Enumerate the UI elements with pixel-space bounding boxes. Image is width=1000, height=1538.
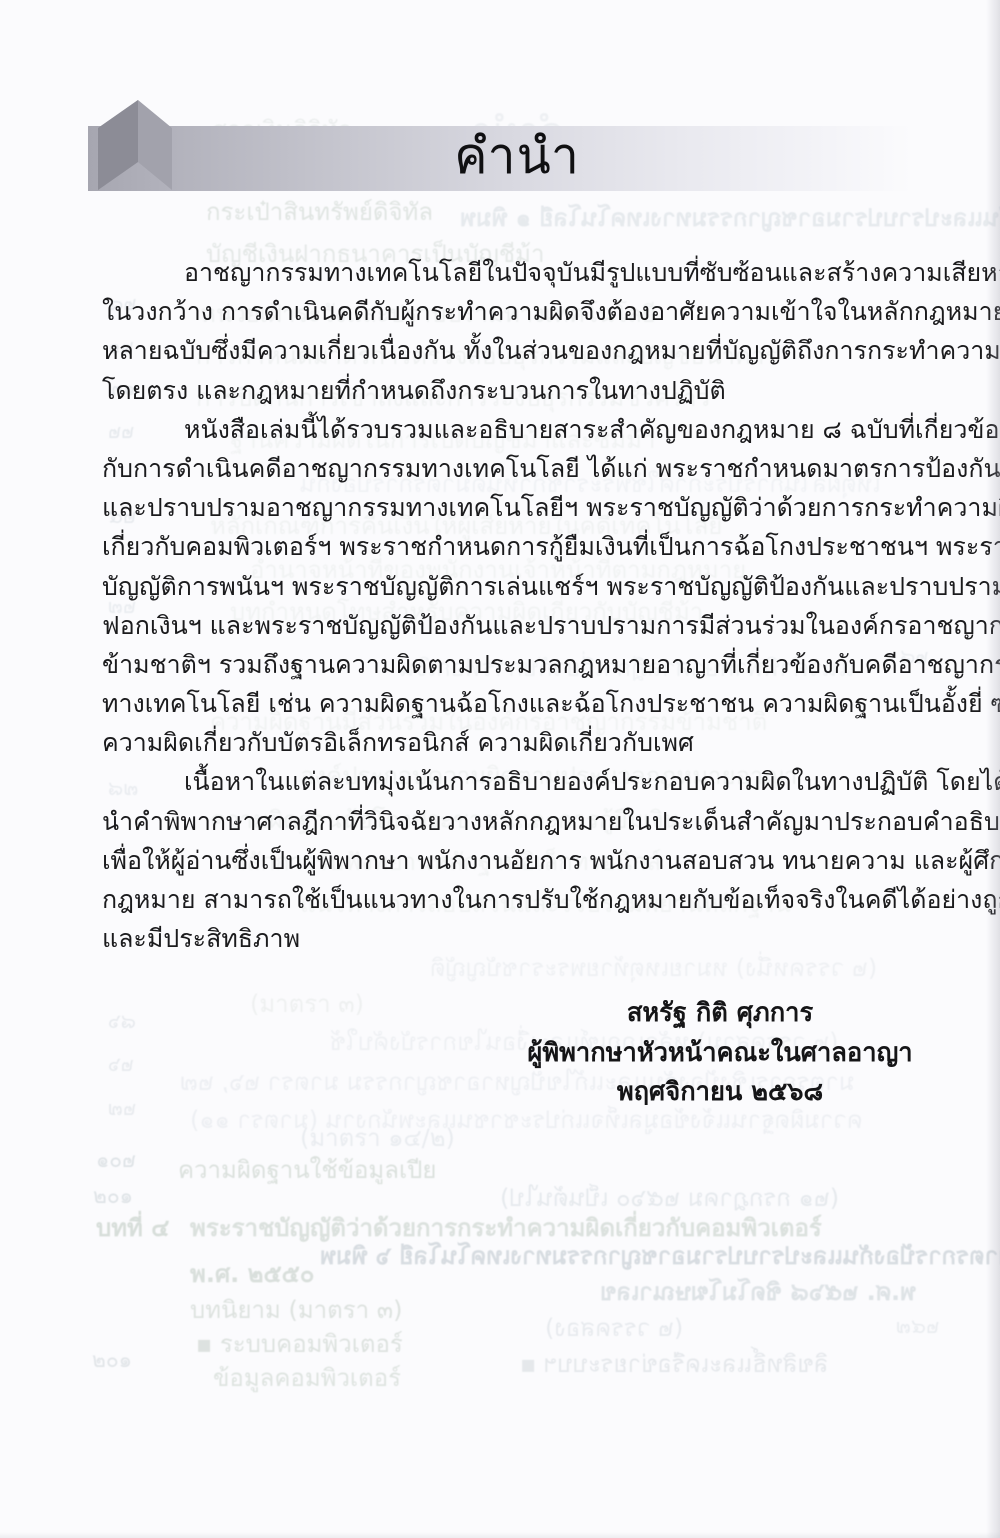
ghost-text: ▪ ระบบคอมพิวเตอร์ [196, 1324, 403, 1363]
ghost-text: ๒๐๑ [93, 1180, 133, 1213]
body-line: ทางเทคโนโลยี เช่น ความผิดฐานฉ้อโกงและฉ้อ… [102, 684, 938, 723]
ghost-text: (มาตรา ๑๔/๒) [300, 1118, 455, 1157]
body-line: ฟอกเงินฯ และพระราชบัญญัติป้องกันและปราบป… [102, 606, 938, 645]
body-line: อาชญากรรมทางเทคโนโลยีในปัจจุบันมีรูปแบบท… [102, 253, 938, 292]
signature-block: สหรัฐ กิติ ศุภการ ผู้พิพากษาหัวหน้าคณะใน… [527, 994, 912, 1113]
ghost-text: ๘๖ [108, 1005, 136, 1037]
signature-position: ผู้พิพากษาหัวหน้าคณะในศาลอาญา [527, 1034, 912, 1074]
preface-body: อาชญากรรมทางเทคโนโลยีในปัจจุบันมีรูปแบบท… [102, 253, 938, 958]
scanned-book-page: คำนำสกุลเงินดิจิทัลกู้ประกอบธุรกิจกระเป๋… [0, 0, 1000, 1538]
ghost-text: (มาตรา ๓) [250, 984, 364, 1023]
body-line: กฎหมาย สามารถใช้เป็นแนวทางในการปรับใช้กฎ… [102, 880, 938, 919]
body-line: หนังสือเล่มนี้ได้รวบรวมและอธิบายสาระสำคั… [102, 410, 938, 449]
ghost-text: บทนิยาม (มาตรา ๓) [190, 1290, 402, 1329]
body-line: ความผิดเกี่ยวกับบัตรอิเล็กทรอนิกส์ ความผ… [102, 723, 938, 762]
ghost-text: ๒๔๗ [896, 1310, 939, 1342]
body-line: และมีประสิทธิภาพ [102, 919, 938, 958]
ghost-text: มาตรการป้องกันและปราบปรามอาชญากรรมทางเทค… [460, 198, 1000, 237]
ghost-text: ๒๗ [108, 1092, 136, 1124]
body-line: บัญญัติการพนันฯ พระราชบัญญัติการเล่นแชร์… [102, 567, 938, 606]
body-line: ในวงกว้าง การดำเนินคดีกับผู้กระทำความผิด… [102, 292, 938, 331]
body-line: เนื้อหาในแต่ละบทมุ่งเน้นการอธิบายองค์ประ… [102, 762, 938, 801]
body-line: ข้ามชาติฯ รวมถึงฐานความผิดตามประมวลกฎหมา… [102, 645, 938, 684]
body-line: เพื่อให้ผู้อ่านซึ่งเป็นผู้พิพากษา พนักงา… [102, 841, 938, 880]
page-title: คำนำ [454, 127, 580, 185]
ghost-text: ความผิดฐานใช้ข้อมูลเปีย [178, 1150, 436, 1189]
ghost-text: ๒๐๑ [96, 1144, 136, 1177]
body-line: และปราบปรามอาชญากรรมทางเทคโนโลยีฯ พระราช… [102, 488, 938, 527]
ghost-text: พระราชบัญญัติว่าด้วยการกระทำความผิดเกี่ย… [190, 1208, 822, 1247]
ghost-text: พ.ศ. ๒๕๖๘ ชิดโมโฆษณาเลข [600, 1272, 916, 1311]
ghost-text: กระเป๋าสินทรัพย์ดิจิทัล [206, 192, 433, 231]
ghost-text: ๒๐๑ [92, 1344, 132, 1377]
body-line: หลายฉบับซึ่งมีความเกี่ยวเนื่องกัน ทั้งใน… [102, 331, 938, 370]
signature-date: พฤศจิกายน ๒๕๖๘ [527, 1073, 912, 1113]
ghost-text: (๒๑ กรกฎาคม ๒๕๖๐ เป็นต้นไป) [500, 1178, 839, 1217]
ghost-text: ลิขสิทธิ์และเครือข่ายระบบฯ ▪ [520, 1344, 828, 1383]
body-line: เกี่ยวกับคอมพิวเตอร์ฯ พระราชกำหนดการกู้ย… [102, 527, 938, 566]
page-bottom-shadow [0, 1532, 1000, 1538]
ghost-text: บทที่ ๔ [96, 1208, 169, 1247]
ghost-text: ข้อมูลคอมพิวเตอร์ [213, 1358, 401, 1397]
ghost-text: พ.ศ. ๒๕๕๐ [190, 1254, 314, 1293]
ribbon-chevron-icon [88, 97, 182, 215]
page-edge-shadow [986, 0, 1000, 1538]
ghost-text: (๒ วรรคสอง) [545, 1308, 683, 1347]
signature-name: สหรัฐ กิติ ศุภการ [527, 994, 912, 1034]
body-line: โดยตรง และกฎหมายที่กำหนดถึงกระบวนการในทา… [102, 371, 938, 410]
body-line: นำคำพิพากษาศาลฎีกาที่วินิจฉัยวางหลักกฎหม… [102, 802, 938, 841]
body-line: กับการดำเนินคดีอาชญากรรมทางเทคโนโลยี ได้… [102, 449, 938, 488]
ghost-text: มาตรการป้องกันและปราบปรามอาชญากรรมทางเทค… [320, 1236, 1000, 1275]
ghost-text: ๒๖ [108, 1048, 134, 1080]
